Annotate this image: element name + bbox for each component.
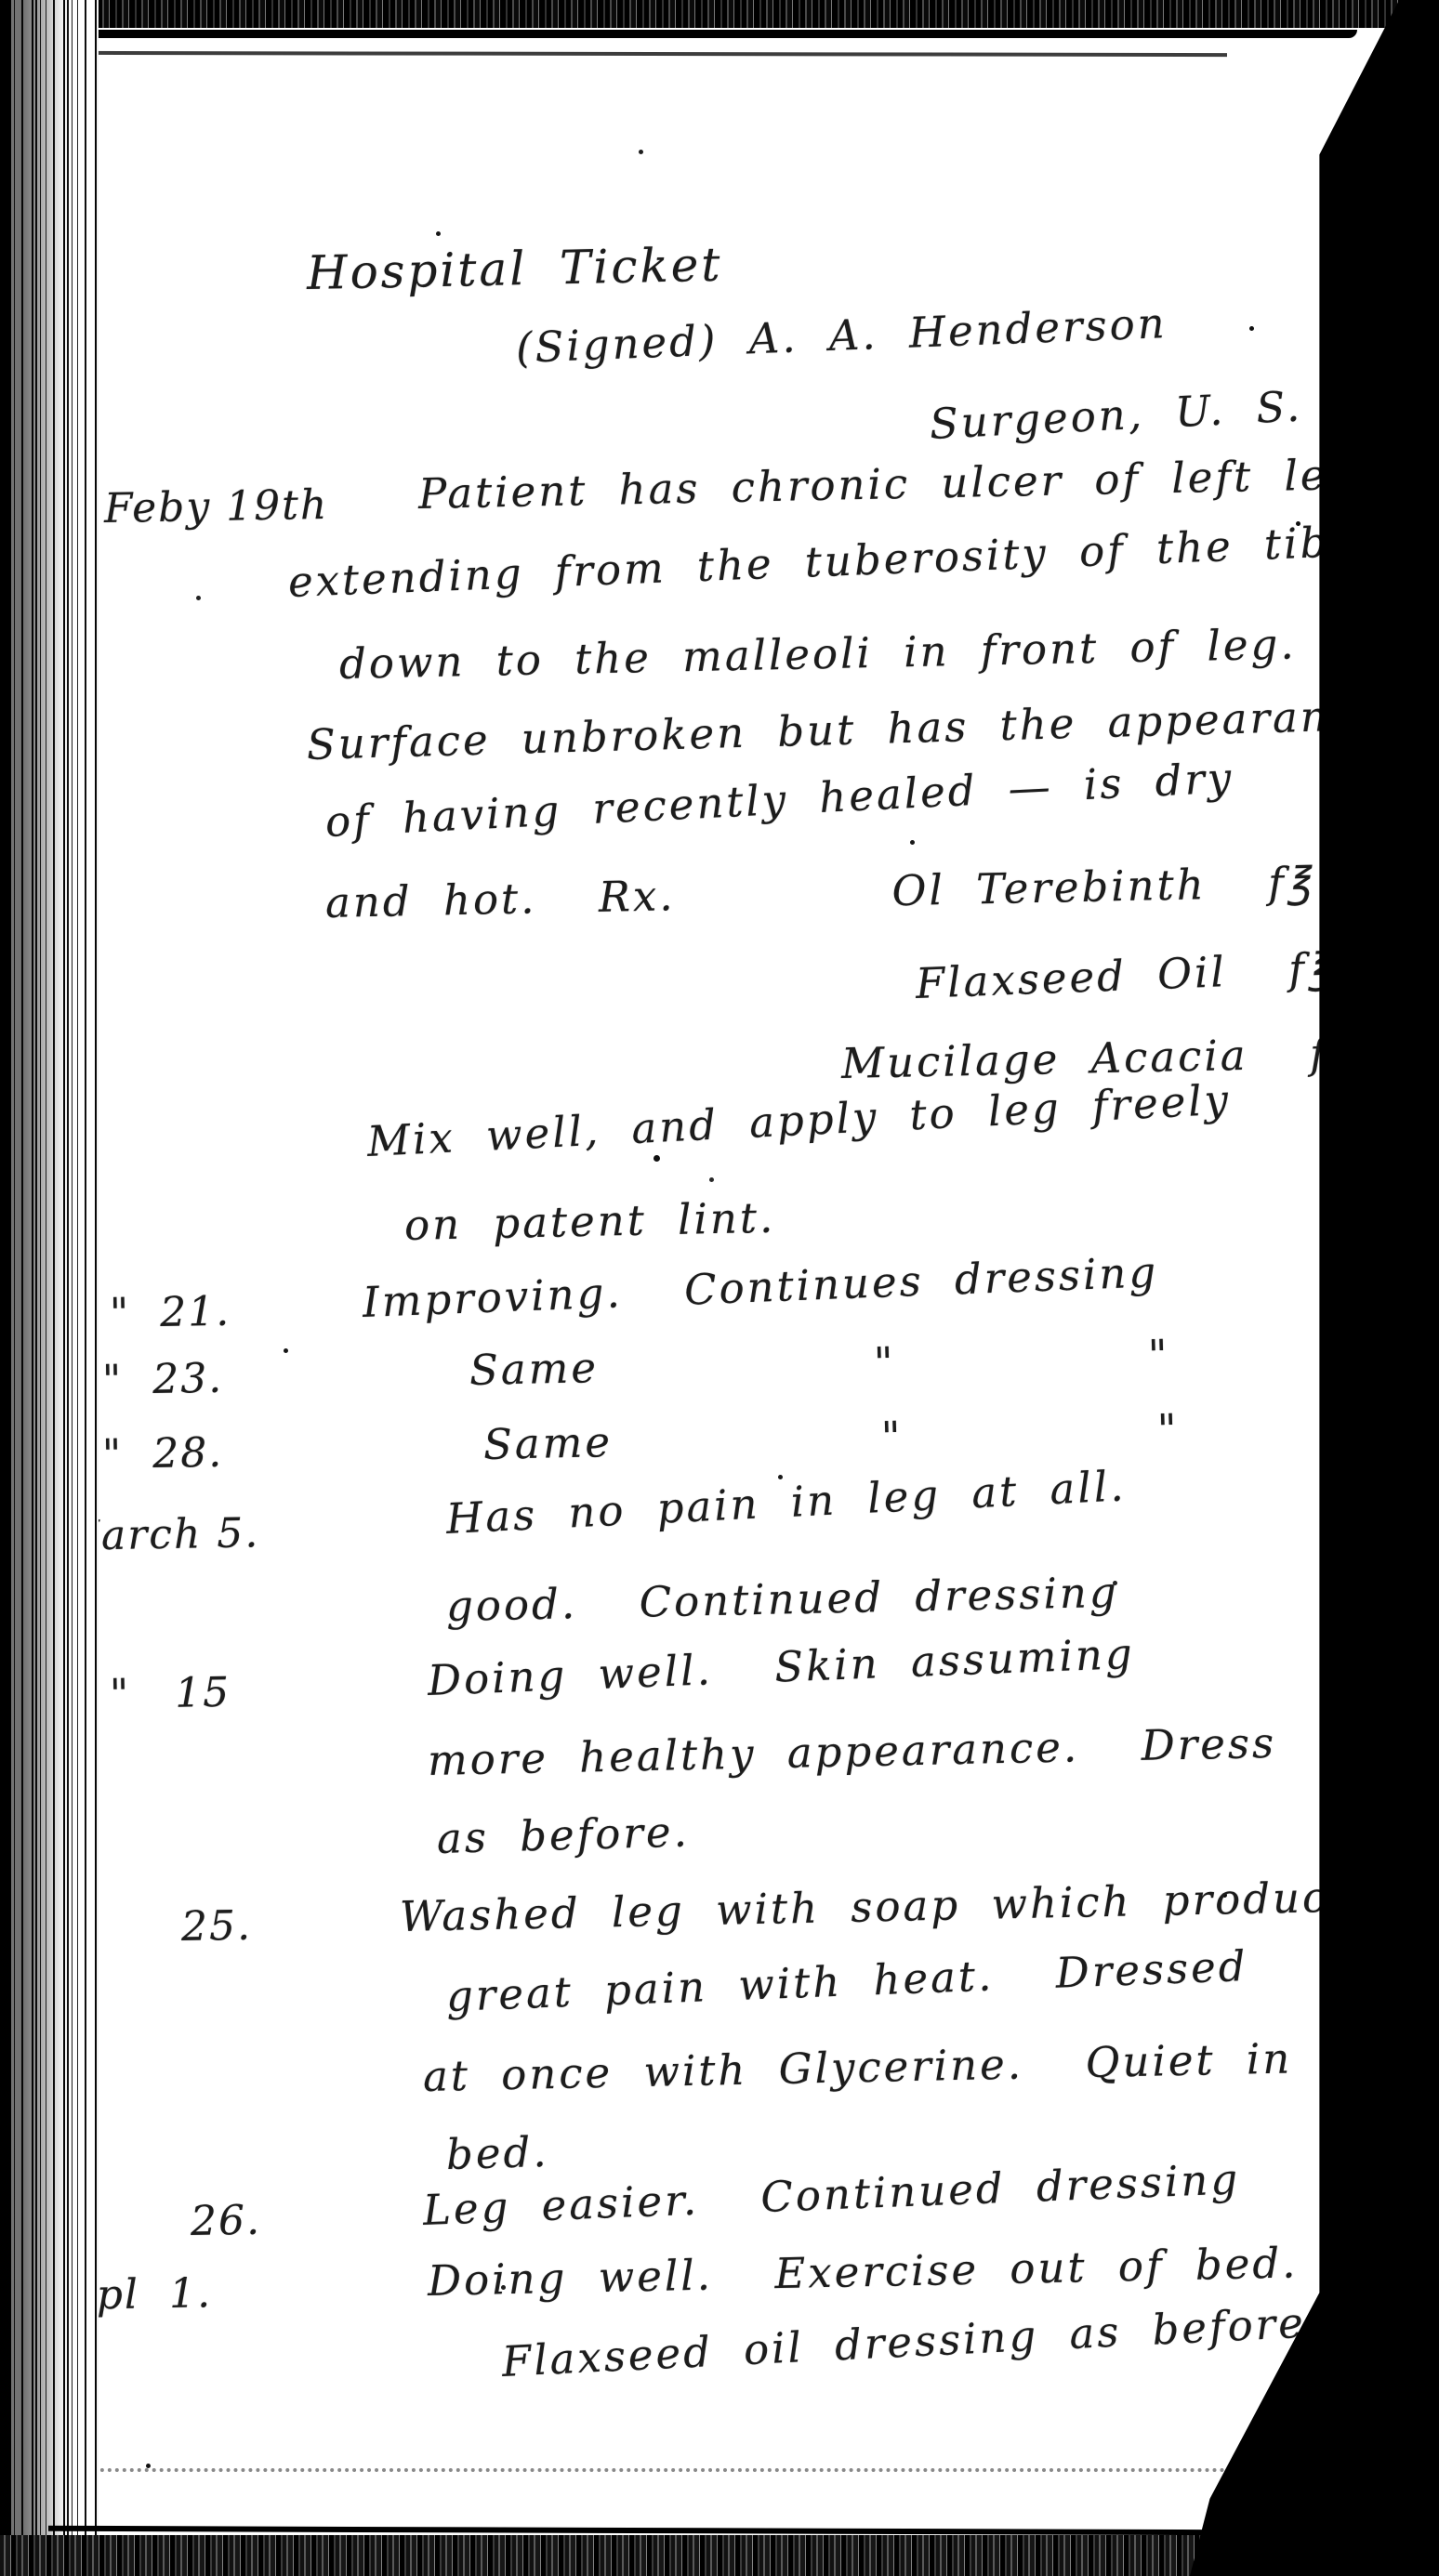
entry-date: " 28.	[102, 1429, 224, 1479]
entry-line: Doing well. Exercise out of bed.	[427, 2238, 1298, 2306]
entry-date: 26.	[191, 2197, 262, 2245]
ditto-mark: "	[880, 1412, 904, 1462]
entry-line: Washed leg with soap which produced	[399, 1872, 1386, 1941]
entry-line: Same	[482, 1417, 613, 1469]
entry-line: more healthy appearance. Dress	[427, 1718, 1276, 1785]
entry-line: on patent lint.	[403, 1193, 775, 1250]
entry-line: Same	[469, 1343, 599, 1395]
ditto-mark: "	[873, 1337, 896, 1387]
entry-date: " 21.	[110, 1288, 231, 1337]
document-title: Hospital Ticket	[306, 238, 723, 300]
page-top-edge-thin	[79, 51, 1227, 57]
scanned-page: Hospital Ticket (Signed) A. A. Henderson…	[0, 0, 1439, 2576]
entry-line: at once with Glycerine. Quiet in	[422, 2033, 1292, 2101]
ditto-mark: "	[1156, 1404, 1180, 1454]
entry-line: down to the malleoli in front of leg.	[338, 619, 1297, 689]
signature-title-line: Surgeon, U. S. N.	[929, 377, 1387, 449]
page-top-edge	[0, 30, 1357, 38]
signature-line: (Signed) A. A. Henderson	[515, 298, 1168, 373]
entry-line: as before.	[436, 1807, 690, 1863]
scan-noise-top	[0, 0, 1439, 28]
entry-date: " 15	[110, 1669, 231, 1718]
entry-line: Flaxseed oil dressing as before	[501, 2298, 1307, 2386]
entry-line: Mix well, and apply to leg freely	[366, 1075, 1233, 1166]
entry-date: " 23.	[102, 1355, 224, 1404]
entry-line: bed.	[445, 2127, 549, 2179]
entry-date: Feby 19th	[104, 481, 329, 532]
book-binding-edge-left	[0, 0, 99, 2576]
entry-line: Doing well. Skin assuming	[427, 1629, 1136, 1705]
ditto-mark: "	[1147, 1330, 1170, 1380]
entry-line: good. Continued dressing	[445, 1568, 1119, 1631]
entry-date: 25.	[181, 1902, 253, 1951]
page-bottom-dashed-line	[56, 2468, 1255, 2472]
entry-line: and hot. Rx. Ol Terebinth f℥ ij	[324, 856, 1377, 927]
entry-line: extending from the tuberosity of the tib…	[287, 516, 1374, 607]
entry-line: Patient has chronic ulcer of left leg	[417, 450, 1357, 519]
entry-line: great pain with heat. Dressed	[445, 1941, 1248, 2021]
entry-line: of having recently healed — is dry	[324, 753, 1235, 847]
entry-line: Has no pain in leg at all.	[445, 1461, 1128, 1544]
page-bottom-edge	[48, 2526, 1224, 2535]
entry-line: Improving. Continues dressing	[362, 1247, 1159, 1327]
